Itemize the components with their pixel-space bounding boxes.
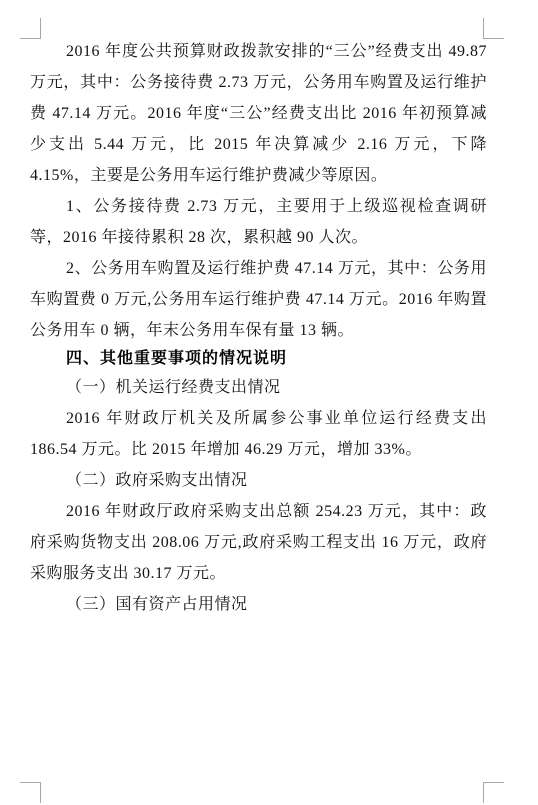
subheading-government-procurement: （二）政府采购支出情况 [30, 465, 487, 496]
para-agency-operating-expense: 2016 年财政厅机关及所属参公事业单位运行经费支出 186.54 万元。比 2… [30, 403, 487, 465]
document-body: 2016 年度公共预算财政拨款安排的“三公”经费支出 49.87 万元，其中：公… [30, 36, 487, 620]
section-heading-other-important-matters: 四、其他重要事项的情况说明 [30, 346, 487, 372]
para-official-reception-fee: 1、公务接待费 2.73 万元，主要用于上级巡视检查调研等，2016 年接待累积… [30, 191, 487, 253]
para-sangong-expense-summary: 2016 年度公共预算财政拨款安排的“三公”经费支出 49.87 万元，其中：公… [30, 36, 487, 191]
subheading-state-owned-assets: （三）国有资产占用情况 [30, 589, 487, 620]
para-government-procurement: 2016 年财政厅政府采购支出总额 254.23 万元，其中：政府采购货物支出 … [30, 496, 487, 589]
document-page: 2016 年度公共预算财政拨款安排的“三公”经费支出 49.87 万元，其中：公… [0, 0, 538, 805]
para-official-vehicle-fee: 2、公务用车购置及运行维护费 47.14 万元，其中：公务用车购置费 0 万元,… [30, 253, 487, 346]
text-boundary-mark-bottom-right [483, 782, 504, 803]
subheading-agency-operating-expense: （一）机关运行经费支出情况 [30, 372, 487, 403]
text-boundary-mark-bottom-left [20, 782, 41, 803]
